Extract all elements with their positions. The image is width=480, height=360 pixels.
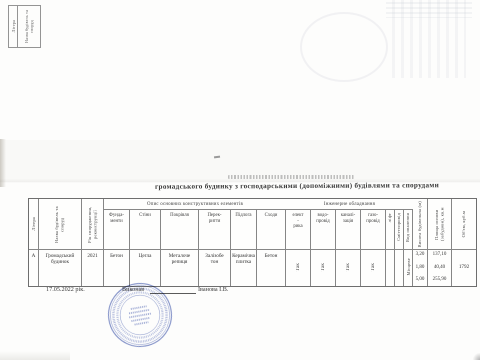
cell-volume: 1792 (452, 250, 476, 284)
column-lift: ліфт (386, 210, 395, 286)
scan-shadow-band (0, 140, 480, 180)
column-roof: Покрівля Металоче репиця (161, 210, 199, 286)
construction-group-columns: Фунда- менти Бетон Стіни Цегла Покрівля … (104, 210, 286, 286)
stamp-center-text-lines (128, 306, 152, 326)
column-floor: Підлога Керамічна плитка (231, 210, 257, 286)
header-building-name: Назва будівель та споруд (39, 199, 81, 250)
cell-water: Так (311, 250, 335, 284)
cell-gas: Так (361, 250, 385, 284)
stamp-graphics (104, 279, 177, 352)
header-building-name-label: Назва будівель та споруд (54, 201, 65, 248)
cell-height: 3,20 1,80 5,00 (413, 250, 427, 284)
column-heating: Вид опалення Місцеве (404, 210, 413, 286)
column-base-area: Площа основи (забудови), кв.м 137,10 40,… (428, 199, 452, 286)
header-garbage-chute-label: Сміттєпровід (396, 213, 402, 241)
header-base-area: Площа основи (забудови), кв.м (428, 199, 451, 250)
cell-overlap: Залізобе тон (199, 250, 230, 284)
header-litera-label: Літера (31, 217, 37, 231)
cell-litera: А (29, 250, 38, 284)
construction-group-header: Опис основних конструктивних елементів (104, 199, 286, 210)
engineering-group-columns: елект - рика Так водо- провід Так каналі… (286, 210, 413, 286)
column-garbage-chute: Сміттєпровід (395, 210, 404, 286)
date-text: 17.05.2022 рік. (46, 286, 85, 293)
engineering-equipment-group: Інженерне обладнання елект - рика Так во… (286, 199, 413, 286)
engineering-group-header: Інженерне обладнання (286, 199, 413, 210)
column-stairs: Сходи Бетон (257, 210, 286, 286)
header-water-label: водо- провід (316, 213, 329, 224)
text-bleedthrough-ghost (386, 2, 472, 18)
column-year: Рік спорудження, реконструкції 2021 (82, 199, 104, 286)
bottom-edge-shadow (0, 351, 70, 360)
characteristics-table: Літера А Назва будівель та споруд Громад… (28, 198, 477, 287)
round-stamp (102, 277, 178, 353)
cell-foundation: Бетон (104, 250, 129, 284)
header-base-area-label: Площа основи (забудови), кв.м (434, 201, 445, 248)
header-walls-label: Стіни (139, 213, 151, 219)
column-electricity: елект - рика Так (286, 210, 311, 286)
corner-scan-mark (472, 353, 480, 360)
column-foundation: Фунда- менти Бетон (104, 210, 130, 286)
stamp-bleedthrough-ghost (300, 12, 388, 82)
header-foundation-label: Фунда- менти (109, 213, 124, 224)
cell-floor: Керамічна плитка (231, 250, 256, 284)
cell-electricity: Так (286, 250, 310, 284)
area-value-2: 40,40 (433, 265, 447, 270)
fragment-cell-name: Назва будівель та споруд (18, 6, 40, 47)
header-volume-label: Об'єм, куб.м (461, 211, 467, 237)
column-volume: Об'єм, куб.м 1792 (452, 199, 476, 286)
header-floor-label: Підлога (235, 213, 251, 219)
header-electricity-label: елект - рика (292, 213, 303, 230)
header-sewerage-label: каналі- зація (341, 213, 355, 224)
cell-stairs: Бетон (257, 250, 285, 284)
fragment-litera-label: Літера (11, 20, 16, 32)
area-value-1: 137,10 (433, 252, 447, 257)
column-sewerage: каналі- зація Так (336, 210, 361, 286)
cell-garbage-chute (395, 250, 403, 284)
header-litera: Літера (29, 199, 38, 250)
fragment-cell-litera: Літера (9, 6, 18, 47)
cell-lift (386, 250, 394, 284)
header-stairs-label: Сходи (265, 213, 278, 219)
header-gas-label: газо- провід (366, 213, 379, 224)
document-title: громадського будинку з господарськими (д… (115, 181, 479, 191)
height-value-1: 3,20 (416, 252, 425, 257)
header-height-label: Висота будівельна (м) (417, 201, 423, 247)
column-litera: Літера А (29, 199, 39, 286)
header-heating-label: Вид опалення (405, 213, 411, 242)
cell-year: 2021 (82, 250, 103, 284)
area-value-3: 255,90 (433, 277, 447, 282)
header-volume: Об'єм, куб.м (452, 199, 476, 250)
cell-base-area: 137,10 40,40 255,90 (428, 250, 451, 284)
header-year-label: Рік спорудження, реконструкції (87, 201, 98, 248)
cell-heating: Місцеве (404, 250, 412, 284)
corner-table-fragment: Літера Назва будівель та споруд (8, 5, 41, 48)
cell-sewerage: Так (336, 250, 360, 284)
column-walls: Стіни Цегла (130, 210, 161, 286)
header-year: Рік спорудження, реконструкції (82, 199, 103, 250)
header-roof-label: Покрівля (170, 213, 189, 219)
executor-name: Іванова І.В. (198, 286, 228, 293)
column-overlap: Перек- риття Залізобе тон (199, 210, 231, 286)
column-gas: газо- провід Так (361, 210, 386, 286)
column-building-name: Назва будівель та споруд Громадський буд… (39, 199, 82, 286)
height-value-3: 5,00 (416, 277, 425, 282)
fragment-name-label: Назва будівель та споруд (24, 8, 34, 45)
height-value-2: 1,80 (416, 265, 425, 270)
header-height: Висота будівельна (м) (413, 199, 427, 250)
clipped-heading-fragment (228, 175, 354, 179)
header-lift-label: ліфт (387, 213, 393, 222)
cell-building-name: Громадський будинок (39, 250, 81, 284)
column-water: водо- провід Так (311, 210, 336, 286)
construction-elements-group: Опис основних конструктивних елементів Ф… (104, 199, 286, 286)
column-height: Висота будівельна (м) 3,20 1,80 5,00 (413, 199, 428, 286)
header-overlap-label: Перек- риття (207, 213, 221, 224)
